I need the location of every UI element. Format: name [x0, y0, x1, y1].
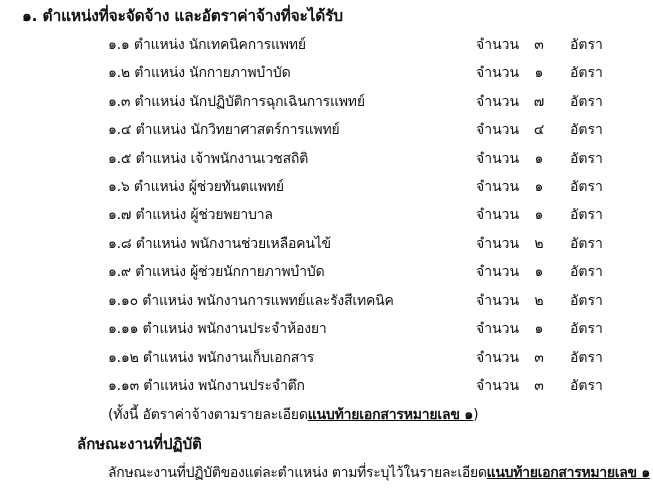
unit-word: อัตรา	[570, 176, 603, 198]
note-prefix: (ทั้งนี้ อัตราค่าจ้างตามรายละเอียด	[108, 407, 308, 423]
count-number: ๑	[531, 148, 547, 170]
position-label: ๑.๙ ตำแหน่ง ผู้ช่วยนักกายภาพบำบัด	[108, 261, 325, 283]
position-row: ๑.๑๑ ตำแหน่ง พนักงานประจำห้องยา จำนวน ๑ …	[0, 318, 653, 342]
count-number: ๓	[531, 34, 547, 56]
position-row: ๑.๖ ตำแหน่ง ผู้ช่วยทันตแพทย์ จำนวน ๑ อัต…	[0, 176, 653, 200]
unit-word: อัตรา	[570, 318, 603, 340]
position-label: ๑.๑๑ ตำแหน่ง พนักงานประจำห้องยา	[108, 318, 327, 340]
count-word: จำนวน	[476, 91, 519, 113]
job-description-text: ลักษณะงานที่ปฏิบัติของแต่ละตำแหน่ง ตามที…	[108, 462, 650, 484]
job-description-heading: ลักษณะงานที่ปฏิบัติ	[77, 432, 202, 456]
count-word: จำนวน	[476, 375, 519, 397]
position-label: ๑.๔ ตำแหน่ง นักวิทยาศาสตร์การแพทย์	[108, 119, 340, 141]
position-label: ๑.๖ ตำแหน่ง ผู้ช่วยทันตแพทย์	[108, 176, 284, 198]
unit-word: อัตรา	[570, 204, 603, 226]
count-number: ๗	[531, 91, 547, 113]
position-row: ๑.๒ ตำแหน่ง นักกายภาพบำบัด จำนวน ๑ อัตรา	[0, 62, 653, 86]
unit-word: อัตรา	[570, 34, 603, 56]
count-word: จำนวน	[476, 119, 519, 141]
count-word: จำนวน	[476, 318, 519, 340]
count-number: ๑	[531, 261, 547, 283]
count-word: จำนวน	[476, 261, 519, 283]
position-row: ๑.๗ ตำแหน่ง ผู้ช่วยพยาบาล จำนวน ๑ อัตรา	[0, 204, 653, 228]
count-word: จำนวน	[476, 347, 519, 369]
position-row: ๑.๕ ตำแหน่ง เจ้าพนักงานเวชสถิติ จำนวน ๑ …	[0, 148, 653, 172]
count-word: จำนวน	[476, 176, 519, 198]
count-number: ๑	[531, 318, 547, 340]
position-row: ๑.๓ ตำแหน่ง นักปฏิบัติการฉุกเฉินการแพทย์…	[0, 91, 653, 115]
position-row: ๑.๙ ตำแหน่ง ผู้ช่วยนักกายภาพบำบัด จำนวน …	[0, 261, 653, 285]
count-number: ๒	[531, 290, 547, 312]
position-label: ๑.๑๓ ตำแหน่ง พนักงานประจำตึก	[108, 375, 305, 397]
wage-note: (ทั้งนี้ อัตราค่าจ้างตามรายละเอียดแนบท้า…	[108, 404, 478, 426]
document-page: ๑. ตำแหน่งที่จะจัดจ้าง และอัตราค่าจ้างที…	[0, 0, 653, 499]
unit-word: อัตรา	[570, 347, 603, 369]
count-word: จำนวน	[476, 34, 519, 56]
position-label: ๑.๑ ตำแหน่ง นักเทคนิคการแพทย์	[108, 34, 306, 56]
position-label: ๑.๘ ตำแหน่ง พนักงานช่วยเหลือคนไข้	[108, 233, 331, 255]
unit-word: อัตรา	[570, 261, 603, 283]
position-row: ๑.๘ ตำแหน่ง พนักงานช่วยเหลือคนไข้ จำนวน …	[0, 233, 653, 257]
position-row: ๑.๑ ตำแหน่ง นักเทคนิคการแพทย์ จำนวน ๓ อั…	[0, 34, 653, 58]
count-word: จำนวน	[476, 233, 519, 255]
unit-word: อัตรา	[570, 119, 603, 141]
count-number: ๔	[531, 119, 547, 141]
description-body: ลักษณะงานที่ปฏิบัติของแต่ละตำแหน่ง ตามที…	[108, 465, 487, 481]
attachment-reference: แนบท้ายเอกสารหมายเลข ๑	[308, 407, 473, 423]
count-number: ๒	[531, 233, 547, 255]
section-title: ๑. ตำแหน่งที่จะจัดจ้าง และอัตราค่าจ้างที…	[22, 3, 343, 28]
unit-word: อัตรา	[570, 375, 603, 397]
position-row: ๑.๑๓ ตำแหน่ง พนักงานประจำตึก จำนวน ๓ อัต…	[0, 375, 653, 399]
position-label: ๑.๑๒ ตำแหน่ง พนักงานเก็บเอกสาร	[108, 347, 314, 369]
count-number: ๓	[531, 347, 547, 369]
count-number: ๓	[531, 375, 547, 397]
count-word: จำนวน	[476, 148, 519, 170]
position-label: ๑.๕ ตำแหน่ง เจ้าพนักงานเวชสถิติ	[108, 148, 308, 170]
attachment-reference: แนบท้ายเอกสารหมายเลข ๑	[487, 465, 650, 481]
position-row: ๑.๑๒ ตำแหน่ง พนักงานเก็บเอกสาร จำนวน ๓ อ…	[0, 347, 653, 371]
count-word: จำนวน	[476, 204, 519, 226]
count-word: จำนวน	[476, 62, 519, 84]
position-row: ๑.๔ ตำแหน่ง นักวิทยาศาสตร์การแพทย์ จำนวน…	[0, 119, 653, 143]
count-number: ๑	[531, 62, 547, 84]
position-label: ๑.๗ ตำแหน่ง ผู้ช่วยพยาบาล	[108, 204, 273, 226]
unit-word: อัตรา	[570, 62, 603, 84]
unit-word: อัตรา	[570, 233, 603, 255]
count-number: ๑	[531, 176, 547, 198]
count-word: จำนวน	[476, 290, 519, 312]
unit-word: อัตรา	[570, 91, 603, 113]
unit-word: อัตรา	[570, 148, 603, 170]
position-label: ๑.๑๐ ตำแหน่ง พนักงานการแพทย์และรังสีเทคน…	[108, 290, 394, 312]
position-label: ๑.๒ ตำแหน่ง นักกายภาพบำบัด	[108, 62, 291, 84]
count-number: ๑	[531, 204, 547, 226]
unit-word: อัตรา	[570, 290, 603, 312]
position-row: ๑.๑๐ ตำแหน่ง พนักงานการแพทย์และรังสีเทคน…	[0, 290, 653, 314]
note-suffix: )	[473, 407, 478, 423]
position-label: ๑.๓ ตำแหน่ง นักปฏิบัติการฉุกเฉินการแพทย์	[108, 91, 365, 113]
